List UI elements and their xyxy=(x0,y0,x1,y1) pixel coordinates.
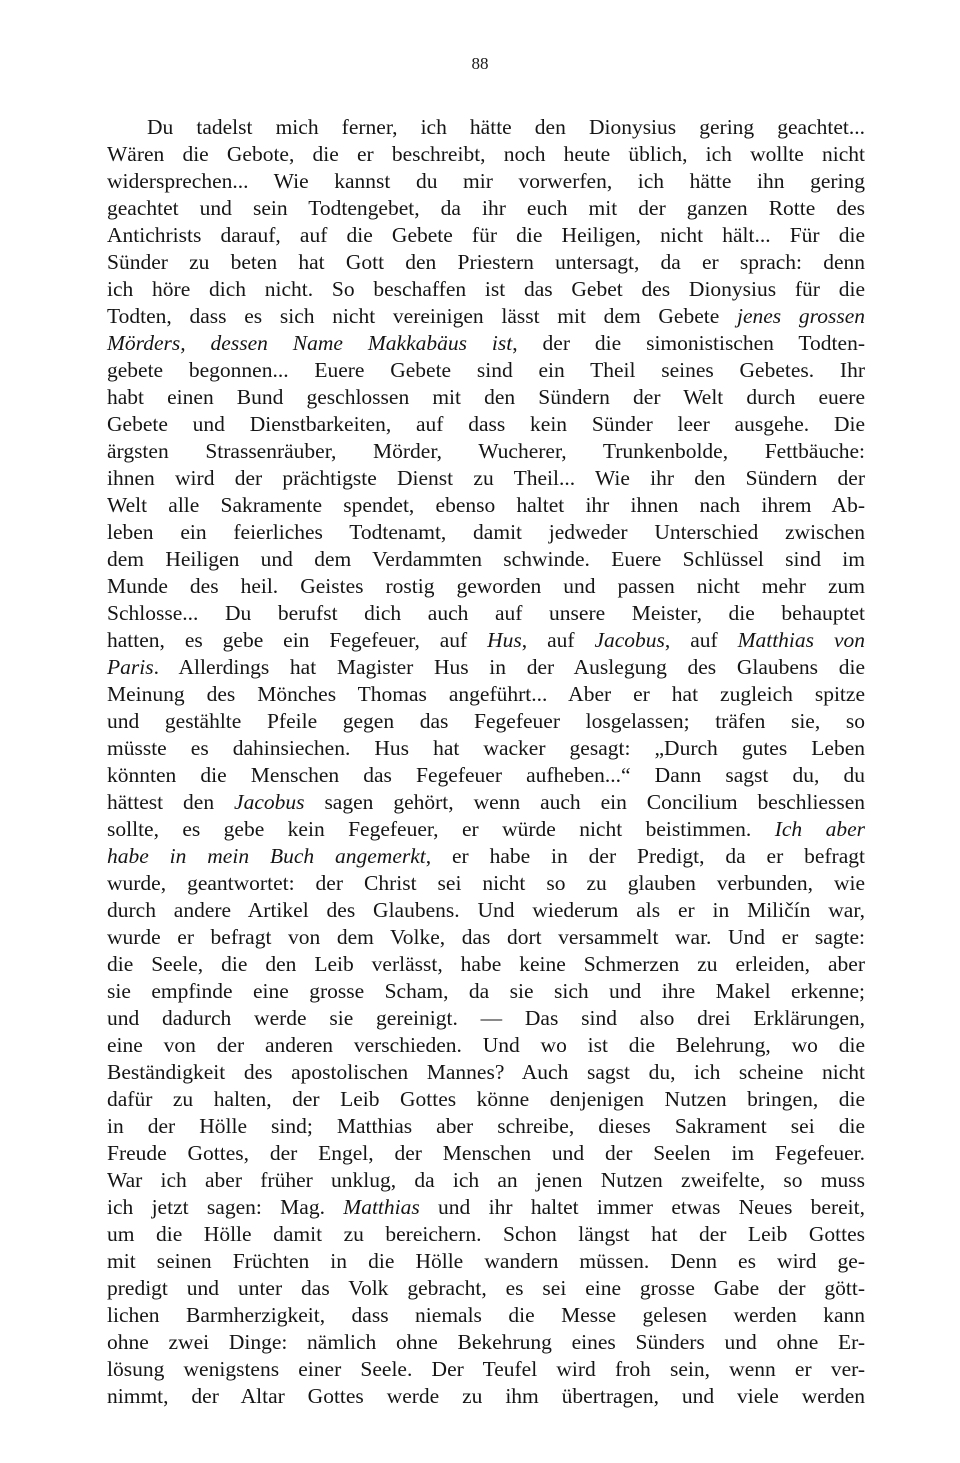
text-line: Todten, dass es sich nicht vereinigen lä… xyxy=(107,303,865,330)
text-line: Paris. Allerdings hat Magister Hus in de… xyxy=(107,654,865,681)
text-line: könnten die Menschen das Fegefeuer aufhe… xyxy=(107,762,865,789)
text-line: sie empfinde eine grosse Scham, da sie s… xyxy=(107,978,865,1005)
text-segment: Beständigkeit des apostolischen Mannes? … xyxy=(107,1060,865,1084)
text-segment: lösung wenigstens einer Seele. Der Teufe… xyxy=(107,1357,865,1381)
text-segment: um die Hölle damit zu bereichern. Schon … xyxy=(107,1222,865,1246)
text-line: wurde er befragt von dem Volke, das dort… xyxy=(107,924,865,951)
text-segment: wurde, geantwortet: der Christ sei nicht… xyxy=(107,871,865,895)
text-segment: widersprechen... Wie kannst du mir vorwe… xyxy=(107,169,865,193)
italic-text: Mörders, dessen Name Makkabäus ist xyxy=(107,331,512,355)
italic-text: jenes grossen xyxy=(737,304,865,328)
text-line: Wären die Gebote, die er beschreibt, noc… xyxy=(107,141,865,168)
text-segment: habt einen Bund geschlossen mit den Sünd… xyxy=(107,385,865,409)
text-segment: könnten die Menschen das Fegefeuer aufhe… xyxy=(107,763,865,787)
text-line: in der Hölle sind; Matthias aber schreib… xyxy=(107,1113,865,1140)
text-segment: sollte, es gebe kein Fegefeuer, er würde… xyxy=(107,817,775,841)
text-line: durch andere Artikel des Glaubens. Und w… xyxy=(107,897,865,924)
text-line: habt einen Bund geschlossen mit den Sünd… xyxy=(107,384,865,411)
text-segment: in der Hölle sind; Matthias aber schreib… xyxy=(107,1114,865,1138)
text-line: um die Hölle damit zu bereichern. Schon … xyxy=(107,1221,865,1248)
text-segment: sagen gehört, wenn auch ein Concilium be… xyxy=(305,790,866,814)
text-segment: wurde er befragt von dem Volke, das dort… xyxy=(107,925,865,949)
text-segment: Freude Gottes, der Engel, der Menschen u… xyxy=(107,1141,865,1165)
text-segment: , auf xyxy=(522,628,595,652)
text-segment: geachtet und sein Todtengebet, da ihr eu… xyxy=(107,196,865,220)
italic-text: Ich aber xyxy=(775,817,865,841)
text-line: Antichrists darauf, auf die Gebete für d… xyxy=(107,222,865,249)
text-line: gebete begonnen... Euere Gebete sind ein… xyxy=(107,357,865,384)
italic-text: Matthias von xyxy=(738,628,865,652)
text-segment: ich höre dich nicht. So beschaffen ist d… xyxy=(107,277,865,301)
text-segment: Welt alle Sakramente spendet, ebenso hal… xyxy=(107,493,865,517)
text-line: predigt und unter das Volk gebracht, es … xyxy=(107,1275,865,1302)
text-segment: gebete begonnen... Euere Gebete sind ein… xyxy=(107,358,865,382)
text-segment: lichen Barmherzigkeit, dass niemals die … xyxy=(107,1303,865,1327)
text-line: Beständigkeit des apostolischen Mannes? … xyxy=(107,1059,865,1086)
text-line: ärgsten Strassenräuber, Mörder, Wucherer… xyxy=(107,438,865,465)
text-line: mit seinen Früchten in die Hölle wandern… xyxy=(107,1248,865,1275)
text-line: sollte, es gebe kein Fegefeuer, er würde… xyxy=(107,816,865,843)
text-segment: mit seinen Früchten in die Hölle wandern… xyxy=(107,1249,865,1273)
text-line: wurde, geantwortet: der Christ sei nicht… xyxy=(107,870,865,897)
text-line: lösung wenigstens einer Seele. Der Teufe… xyxy=(107,1356,865,1383)
text-segment: Meinung des Mönches Thomas angeführt... … xyxy=(107,682,865,706)
italic-text: Hus xyxy=(487,628,522,652)
text-line: die Seele, die den Leib verlässt, habe k… xyxy=(107,951,865,978)
text-line: nimmt, der Altar Gottes werde zu ihm übe… xyxy=(107,1383,865,1410)
text-segment: Munde des heil. Geistes rostig geworden … xyxy=(107,574,865,598)
italic-text: Jacobus xyxy=(594,628,664,652)
page-number: 88 xyxy=(0,54,960,74)
text-line: hatten, es gebe ein Fegefeuer, auf Hus, … xyxy=(107,627,865,654)
text-segment: predigt und unter das Volk gebracht, es … xyxy=(107,1276,865,1300)
text-line: dafür zu halten, der Leib Gottes könne d… xyxy=(107,1086,865,1113)
text-segment: hättest den xyxy=(107,790,234,814)
text-line: leben ein feierliches Todtenamt, damit j… xyxy=(107,519,865,546)
text-segment: dafür zu halten, der Leib Gottes könne d… xyxy=(107,1087,865,1111)
text-line: ihnen wird der prächtigste Dienst zu The… xyxy=(107,465,865,492)
text-line: habe in mein Buch angemerkt, er habe in … xyxy=(107,843,865,870)
text-segment: hatten, es gebe ein Fegefeuer, auf xyxy=(107,628,487,652)
text-segment: ärgsten Strassenräuber, Mörder, Wucherer… xyxy=(107,439,865,463)
text-line: und dadurch werde sie gereinigt. — Das s… xyxy=(107,1005,865,1032)
text-segment: müsste es dahinsiechen. Hus hat wacker g… xyxy=(107,736,865,760)
text-line: Meinung des Mönches Thomas angeführt... … xyxy=(107,681,865,708)
text-line: Sünder zu beten hat Gott den Priestern u… xyxy=(107,249,865,276)
text-segment: Sünder zu beten hat Gott den Priestern u… xyxy=(107,250,865,274)
text-line: Welt alle Sakramente spendet, ebenso hal… xyxy=(107,492,865,519)
text-line: geachtet und sein Todtengebet, da ihr eu… xyxy=(107,195,865,222)
text-segment: Antichrists darauf, auf die Gebete für d… xyxy=(107,223,865,247)
text-line: Gebete und Dienstbarkeiten, auf dass kei… xyxy=(107,411,865,438)
text-segment: ihnen wird der prächtigste Dienst zu The… xyxy=(107,466,865,490)
body-text: Du tadelst mich ferner, ich hätte den Di… xyxy=(107,114,865,1410)
text-line: dem Heiligen und dem Verdammten schwinde… xyxy=(107,546,865,573)
text-line: ich höre dich nicht. So beschaffen ist d… xyxy=(107,276,865,303)
text-line: ich jetzt sagen: Mag. Matthias und ihr h… xyxy=(107,1194,865,1221)
text-segment: , der die simonistischen Todten- xyxy=(512,331,865,355)
text-segment: Todten, dass es sich nicht vereinigen lä… xyxy=(107,304,737,328)
text-line: Schlosse... Du berufst dich auch auf uns… xyxy=(107,600,865,627)
text-line: widersprechen... Wie kannst du mir vorwe… xyxy=(107,168,865,195)
text-segment: War ich aber früher unklug, da ich an je… xyxy=(107,1168,865,1192)
text-segment: ohne zwei Dinge: nämlich ohne Bekehrung … xyxy=(107,1330,865,1354)
text-line: hättest den Jacobus sagen gehört, wenn a… xyxy=(107,789,865,816)
italic-text: habe in mein Buch angemerkt xyxy=(107,844,426,868)
text-line: Freude Gottes, der Engel, der Menschen u… xyxy=(107,1140,865,1167)
text-line: ohne zwei Dinge: nämlich ohne Bekehrung … xyxy=(107,1329,865,1356)
text-segment: , er habe in der Predigt, da er befragt xyxy=(426,844,865,868)
text-segment: Gebete und Dienstbarkeiten, auf dass kei… xyxy=(107,412,865,436)
text-segment: und ihr haltet immer etwas Neues bereit, xyxy=(420,1195,865,1219)
text-line: War ich aber früher unklug, da ich an je… xyxy=(107,1167,865,1194)
text-segment: Wären die Gebote, die er beschreibt, noc… xyxy=(107,142,865,166)
text-segment: die Seele, die den Leib verlässt, habe k… xyxy=(107,952,865,976)
text-segment: eine von der anderen verschieden. Und wo… xyxy=(107,1033,865,1057)
text-segment: . Allerdings hat Magister Hus in der Aus… xyxy=(154,655,865,679)
text-line: und gestählte Pfeile gegen das Fegefeuer… xyxy=(107,708,865,735)
italic-text: Jacobus xyxy=(234,790,304,814)
text-segment: durch andere Artikel des Glaubens. Und w… xyxy=(107,898,865,922)
text-segment: und gestählte Pfeile gegen das Fegefeuer… xyxy=(107,709,865,733)
text-segment: leben ein feierliches Todtenamt, damit j… xyxy=(107,520,865,544)
italic-text: Paris xyxy=(107,655,154,679)
italic-text: Matthias xyxy=(343,1195,419,1219)
text-segment: Schlosse... Du berufst dich auch auf uns… xyxy=(107,601,865,625)
text-segment: Du tadelst mich ferner, ich hätte den Di… xyxy=(147,115,865,139)
text-line: lichen Barmherzigkeit, dass niemals die … xyxy=(107,1302,865,1329)
text-line: Du tadelst mich ferner, ich hätte den Di… xyxy=(107,114,865,141)
text-line: müsste es dahinsiechen. Hus hat wacker g… xyxy=(107,735,865,762)
text-segment: nimmt, der Altar Gottes werde zu ihm übe… xyxy=(107,1384,865,1408)
text-segment: , auf xyxy=(665,628,738,652)
text-segment: dem Heiligen und dem Verdammten schwinde… xyxy=(107,547,865,571)
text-line: Mörders, dessen Name Makkabäus ist, der … xyxy=(107,330,865,357)
text-line: eine von der anderen verschieden. Und wo… xyxy=(107,1032,865,1059)
text-segment: sie empfinde eine grosse Scham, da sie s… xyxy=(107,979,865,1003)
text-segment: und dadurch werde sie gereinigt. — Das s… xyxy=(107,1006,865,1030)
text-line: Munde des heil. Geistes rostig geworden … xyxy=(107,573,865,600)
text-segment: ich jetzt sagen: Mag. xyxy=(107,1195,343,1219)
